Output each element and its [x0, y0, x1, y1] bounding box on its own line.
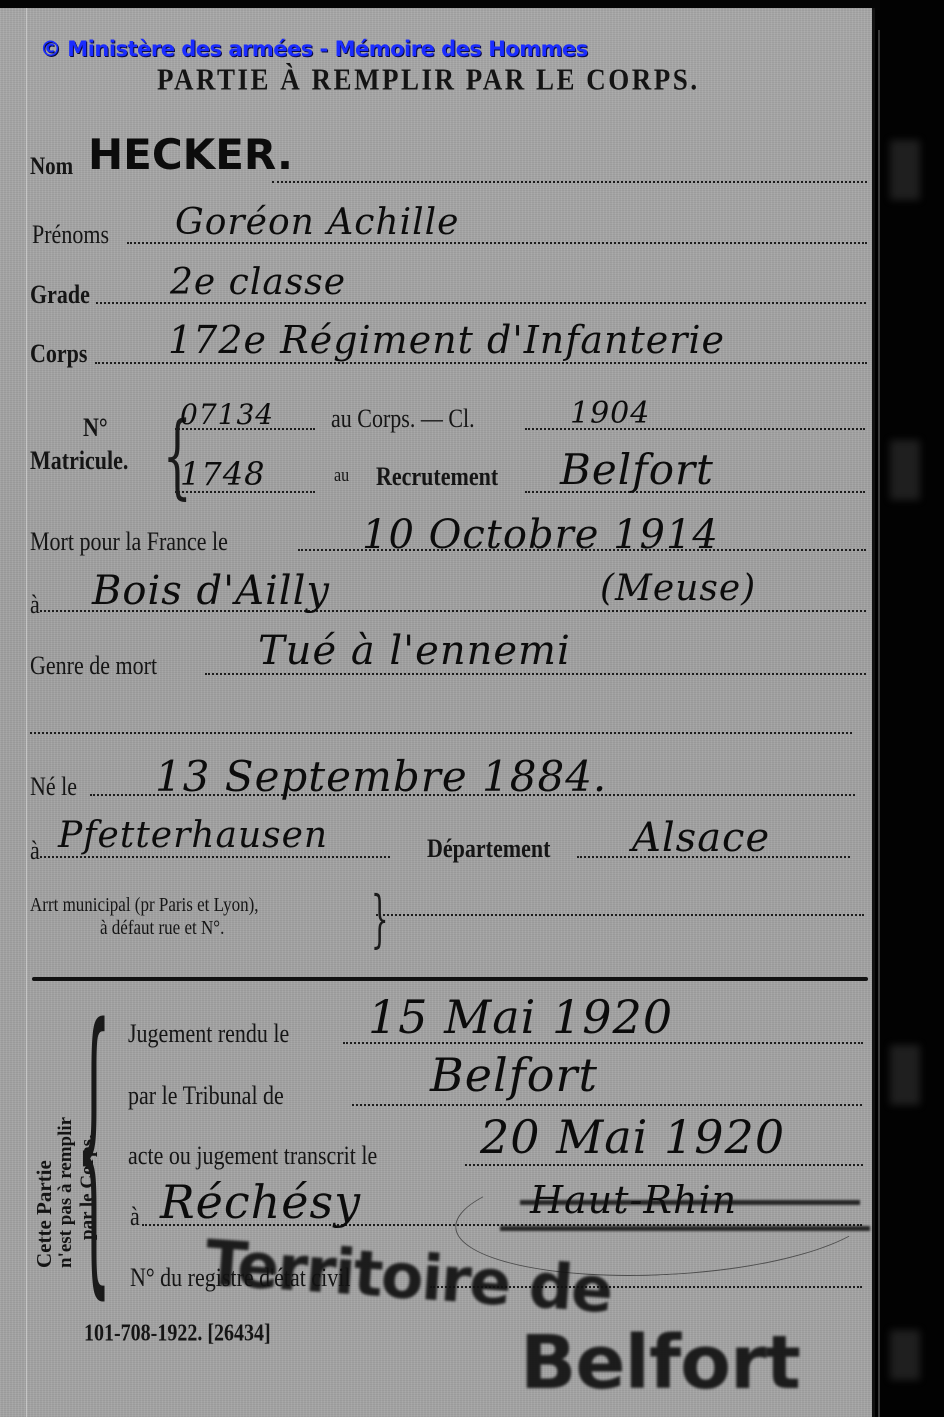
transcrit-a-value: Réchésy [160, 1175, 361, 1229]
section-divider [32, 977, 868, 981]
genre-de-mort-value: Tué à l'ennemi [258, 628, 571, 674]
form-reference: 101-708-1922. [26434] [84, 1320, 271, 1348]
transcrit-value: 20 Mai 1920 [480, 1110, 785, 1164]
scan-artifact [890, 440, 920, 500]
matricule-label: Matricule. [30, 445, 128, 476]
nom-value: HECKER. [88, 130, 293, 179]
nom-label: Nom [30, 151, 73, 181]
nom-dotted-line [272, 181, 867, 183]
corps-dotted-line [95, 362, 867, 364]
scan-artifact [890, 1045, 920, 1105]
ne-a-label: à [30, 835, 40, 866]
tribunal-value: Belfort [430, 1048, 598, 1102]
departement-label: Département [427, 833, 550, 864]
matricule-corps-dotted [175, 428, 315, 430]
classe-value: 1904 [570, 396, 650, 431]
tribunal-label: par le Tribunal de [128, 1080, 284, 1111]
matricule-recrutement-number: 1748 [180, 455, 265, 493]
ne-a-value: Pfetterhausen [58, 815, 328, 856]
corps-value: 172e Régiment d'Infanterie [168, 318, 725, 362]
jugement-rendu-value: 15 Mai 1920 [368, 990, 673, 1044]
mort-le-value: 10 Octobre 1914 [362, 512, 719, 558]
matricule-recrutement-dotted [175, 491, 315, 493]
lower-section-brace: { [76, 990, 112, 1300]
tribunal-dotted-line [352, 1104, 862, 1106]
ne-a-dotted-line [40, 856, 390, 858]
transcrit-a-label: à [130, 1201, 140, 1232]
blank-dotted-line [30, 732, 852, 734]
scan-artifact [890, 140, 920, 200]
copyright-watermark: © Ministère des armées - Mémoire des Hom… [40, 37, 588, 61]
side-note-line2: n'est pas à remplir [55, 1117, 77, 1268]
side-note-line1: Cette Partie [32, 1160, 57, 1268]
corps-label: Corps [30, 338, 87, 369]
scan-right-margin [880, 0, 944, 1417]
mort-a-dept: (Meuse) [600, 568, 756, 609]
arrondissement-brace: } [371, 882, 389, 955]
grade-value: 2e classe [170, 262, 346, 303]
arrondissement-label-line2: à défaut rue et N°. [100, 916, 224, 940]
grade-label: Grade [30, 279, 90, 310]
card-left-edge [26, 8, 27, 1417]
mort-a-value: Bois d'Ailly [92, 568, 330, 614]
prenoms-label: Prénoms [32, 219, 109, 250]
arrondissement-label-line1: Arrt municipal (pr Paris et Lyon), [30, 893, 259, 917]
recrutement-prefix: au [334, 465, 349, 487]
au-corps-label: au Corps. — Cl. [331, 403, 475, 434]
recrutement-value: Belfort [560, 445, 714, 494]
ne-le-value: 13 Septembre 1884. [155, 752, 607, 801]
matricule-corps-number: 07134 [180, 398, 274, 431]
transcrit-label: acte ou jugement transcrit le [128, 1140, 377, 1171]
handwritten-stamp-line2: Belfort [520, 1320, 800, 1406]
scan-artifact [890, 1330, 920, 1380]
arrondissement-dotted-line [376, 914, 864, 916]
ne-le-label: Né le [30, 771, 77, 802]
matricule-label-no: N° [83, 412, 108, 443]
genre-de-mort-label: Genre de mort [30, 650, 157, 681]
mort-a-label: à [30, 589, 40, 620]
mort-le-label: Mort pour la France le [30, 526, 228, 557]
page-title: PARTIE À REMPLIR PAR LE CORPS. [157, 62, 700, 98]
recrutement-label: Recrutement [376, 461, 498, 492]
prenoms-value: Goréon Achille [175, 202, 459, 243]
departement-value: Alsace [632, 815, 770, 861]
jugement-rendu-label: Jugement rendu le [128, 1018, 289, 1049]
